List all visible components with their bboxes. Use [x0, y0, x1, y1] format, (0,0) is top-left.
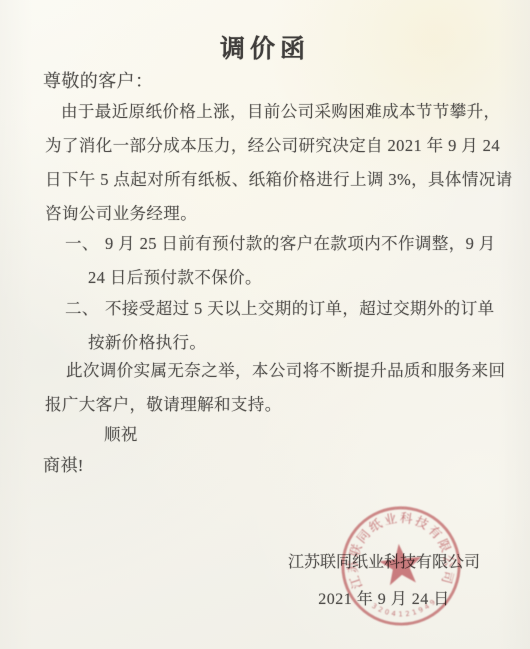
item-1-marker: 一、 [65, 227, 105, 261]
item-1-text: 9 月 25 日前有预付款的客户在款项内不作调整，9 月 [105, 234, 496, 253]
seal-star-icon [378, 542, 424, 587]
paragraph-closing: 此次调价实属无奈之举，本公司将不断提升品质和服务来回 报广大客户，敬请理解和支持… [45, 354, 505, 422]
text-line: 24 日后预付款不保价。 [88, 261, 496, 295]
paragraph-intro: 由于最近原纸价格上涨，目前公司采购困难成本节节攀升， 为了消化一部分成本压力，经… [45, 95, 513, 231]
text-line: 一、9 月 25 日前有预付款的客户在款项内不作调整，9 月 [65, 227, 496, 261]
text-line: 二、不接受超过 5 天以上交期的订单，超过交期外的订单 [65, 292, 495, 326]
well-wish: 商祺! [43, 449, 84, 483]
company-seal: 江苏联同纸业科技有限公司 3204121949 [333, 498, 469, 634]
text-line: 为了消化一部分成本压力，经公司研究决定自 2021 年 9 月 24 [45, 129, 513, 163]
text-line: 由于最近原纸价格上涨，目前公司采购困难成本节节攀升， [45, 95, 513, 129]
well-wish-prefix: 顺祝 [104, 418, 138, 452]
text-line: 日下午 5 点起对所有纸板、纸箱价格进行上调 3%，具体情况请 [45, 163, 513, 197]
price-adjustment-letter: 调价函 尊敬的客户： 由于最近原纸价格上涨，目前公司采购困难成本节节攀升， 为了… [0, 0, 530, 649]
text-line: 此次调价实属无奈之举，本公司将不断提升品质和服务来回 [45, 354, 505, 388]
text-line: 咨询公司业务经理。 [45, 197, 513, 231]
item-2-text: 不接受超过 5 天以上交期的订单，超过交期外的订单 [105, 299, 495, 318]
list-item-2: 二、不接受超过 5 天以上交期的订单，超过交期外的订单 按新价格执行。 [65, 292, 495, 360]
salutation: 尊敬的客户： [43, 64, 153, 98]
list-item-1: 一、9 月 25 日前有预付款的客户在款项内不作调整，9 月 24 日后预付款不… [65, 227, 496, 295]
text-line: 报广大客户，敬请理解和支持。 [45, 388, 505, 422]
item-2-marker: 二、 [65, 292, 105, 326]
